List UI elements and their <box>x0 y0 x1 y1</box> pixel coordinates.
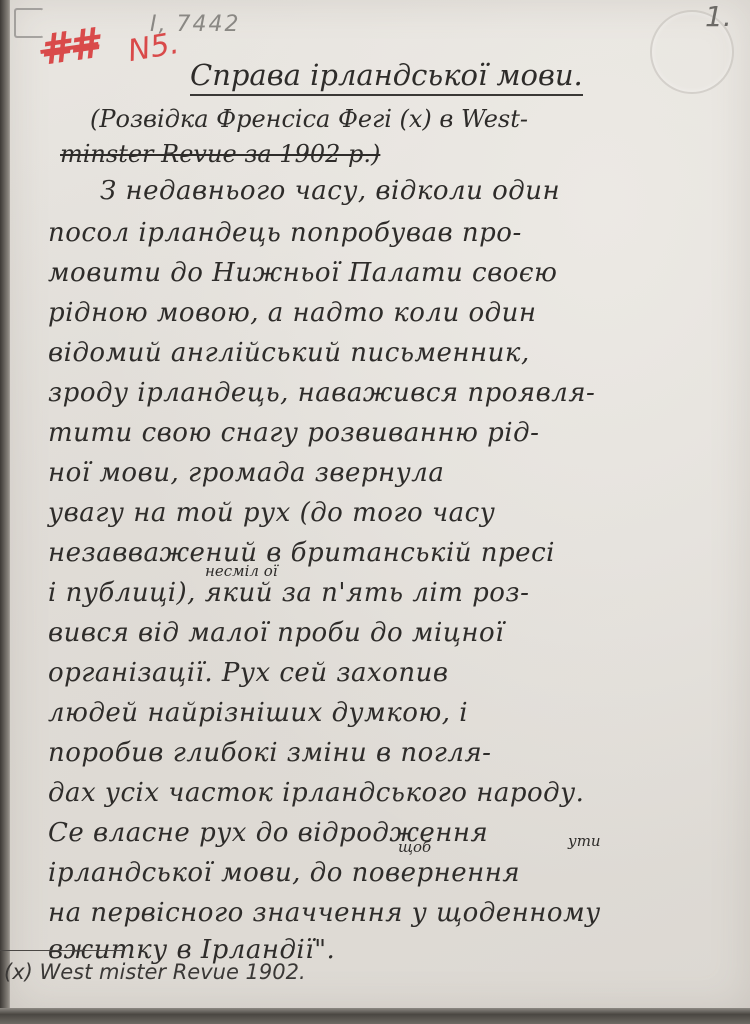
body-line: зроду ірландець, наважився проявля- <box>48 378 595 408</box>
body-line: людей найрізніших думкою, і <box>48 698 468 728</box>
body-line: організації. Рух сей захопив <box>48 658 448 688</box>
body-line: дах усіх часток ірландського народу. <box>48 778 584 808</box>
body-line: рідною мовою, а надто коли один <box>48 298 536 328</box>
body-line: вився від малої проби до міцної <box>48 618 504 648</box>
correction-above-line: ути <box>568 832 601 850</box>
body-line: і публиці), який за п'ять літ роз- <box>48 578 529 608</box>
correction-above-line: щоб <box>398 838 431 856</box>
subtitle-line-1: (Розвідка Френсіса Фегі (x) в West- <box>90 105 528 133</box>
page-number: 1. <box>705 0 732 33</box>
footnote-rule <box>0 950 125 951</box>
body-line: увагу на той рух (до того часу <box>48 498 495 528</box>
subtitle-line-2: minster Revue за 1902 р.) <box>60 140 380 168</box>
body-line: незавважений в британській пресі <box>48 538 555 568</box>
footnote: (x) West mister Revue 1902. <box>4 960 306 984</box>
body-line: мовити до Нижньої Палати своєю <box>48 258 557 288</box>
body-line: ірландської мови, до повернення <box>48 858 520 888</box>
body-line: ної мови, громада звернула <box>48 458 444 488</box>
correction-above-line: несміл ої <box>205 562 278 580</box>
page-bottom-edge <box>0 1008 750 1024</box>
body-line: З недавнього часу, відколи один <box>100 176 560 206</box>
body-line: поробив глибокі зміни в погля- <box>48 738 491 768</box>
body-line: на первісного значчення у щоденному <box>48 898 601 928</box>
document-title: Справа ірландської мови. <box>190 58 583 96</box>
red-struck-mark: ## <box>37 18 102 75</box>
body-line: тити свою снагу розвиванню рід- <box>48 418 539 448</box>
body-line: відомий англійський письменник, <box>48 338 530 368</box>
body-line: посол ірландець попробував про- <box>48 218 522 248</box>
